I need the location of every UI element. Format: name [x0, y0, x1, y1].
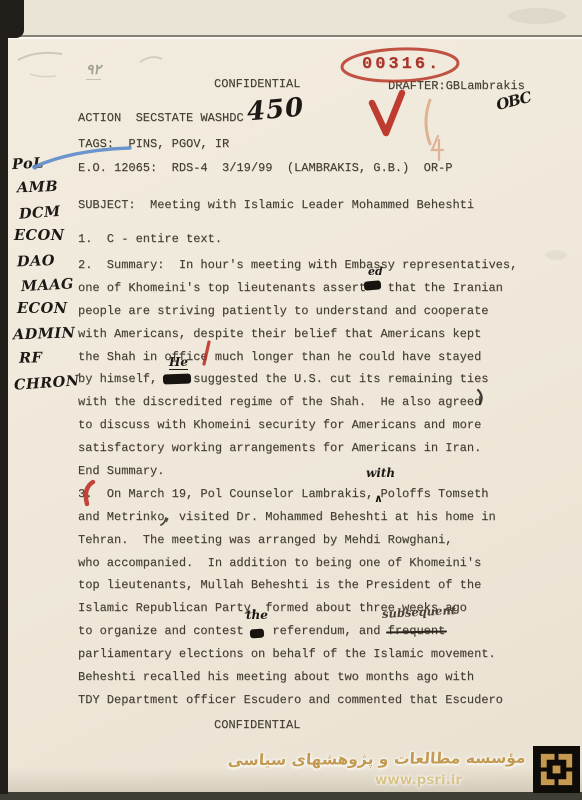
cable-body: 2. Summary: In hour's meeting with Embas… — [78, 254, 517, 712]
correction-the: the — [246, 609, 268, 621]
typed-line: to discuss with Khomeini security for Am… — [78, 414, 517, 437]
typed-line: by himself, suggested the U.S. cut its r… — [78, 368, 517, 391]
paper-top-edge — [6, 35, 582, 37]
handwritten-copy-count: 450 — [246, 93, 306, 128]
typed-line: Beheshti recalled his meeting about two … — [78, 666, 517, 689]
typed-line: 3. On March 19, Pol Counselor Lambrakis,… — [78, 483, 517, 506]
margin-routing-list: PoLAMBDCMECONDAOMAAGECONADMINRFCHRON — [8, 151, 88, 395]
typed-line: top lieutenants, Mullah Beheshti is the … — [78, 574, 517, 597]
scan-top-strip — [0, 0, 582, 35]
paragraph-1: 1. C - entire text. — [78, 232, 222, 246]
margin-routing-item: ECON — [14, 224, 94, 248]
correction-with: with — [366, 467, 395, 479]
tags-line: TAGS: PINS, PGOV, IR — [78, 137, 229, 151]
insertion-caret: ∧ — [374, 492, 383, 505]
typed-line: who accompanied. In addition to being on… — [78, 552, 517, 575]
ink-blot-article — [250, 629, 265, 639]
typed-line: 2. Summary: In hour's meeting with Embas… — [78, 254, 517, 277]
typed-line: and Metrinko, visited Dr. Mohammed Behes… — [78, 506, 517, 529]
subject-line: SUBJECT: Meeting with Islamic Leader Moh… — [78, 198, 474, 212]
typed-line: with the discredited regime of the Shah.… — [78, 391, 517, 414]
correction-he: He — [169, 356, 188, 370]
pencil-page-number: ۹۲ — [86, 62, 101, 80]
typed-line: parliamentary elections on behalf of the… — [78, 643, 517, 666]
psri-logo-icon — [533, 746, 580, 793]
typed-line: the Shah in office much longer than he c… — [78, 346, 517, 369]
scan-bottom-shadow — [0, 768, 582, 792]
scan-bottom-edge — [0, 792, 582, 800]
registry-stamp-number: 00316. — [362, 55, 441, 74]
typed-line: to organize and contest referendum, and … — [78, 620, 517, 643]
scanned-cable-page: ۹۲ 00316. CONFIDENTIAL DRAFTER:GBLambrak… — [0, 0, 582, 800]
scan-left-edge — [0, 0, 8, 794]
eo-line: E.O. 12065: RDS-4 3/19/99 (LAMBRAKIS, G.… — [78, 161, 452, 175]
typed-line: with Americans, despite their belief tha… — [78, 323, 517, 346]
margin-routing-item: DCM — [18, 197, 100, 227]
drafter-line: DRAFTER:GBLambrakis — [388, 79, 525, 93]
scan-corner-black — [0, 0, 24, 38]
scan-smudge — [545, 250, 567, 260]
action-line: ACTION SECSTATE WASHDC — [78, 111, 244, 125]
ink-blackout-he — [163, 374, 191, 385]
typed-line: satisfactory working arrangements for Am… — [78, 437, 517, 460]
watermark-org-name: مؤسسه مطالعات و پژوهشهای سیاسی — [228, 749, 527, 770]
typed-line: people are striving patiently to underst… — [78, 300, 517, 323]
ink-blot-asserted — [364, 280, 382, 290]
classification-header: CONFIDENTIAL — [214, 77, 300, 91]
watermark-logo — [533, 746, 580, 793]
watermark-url: www.psri.ir — [375, 772, 462, 788]
typed-line: Tehran. The meeting was arranged by Mehd… — [78, 529, 517, 552]
typed-line: TDY Department officer Escudero and comm… — [78, 689, 517, 712]
correction-ed: ed — [368, 266, 383, 278]
typed-line: End Summary. — [78, 460, 517, 483]
correction-subsequent: subsequent — [382, 604, 457, 620]
typed-line: one of Khomeini's top lieutenants assert… — [78, 277, 517, 300]
classification-footer: CONFIDENTIAL — [214, 718, 300, 732]
scan-smudge — [508, 8, 566, 24]
